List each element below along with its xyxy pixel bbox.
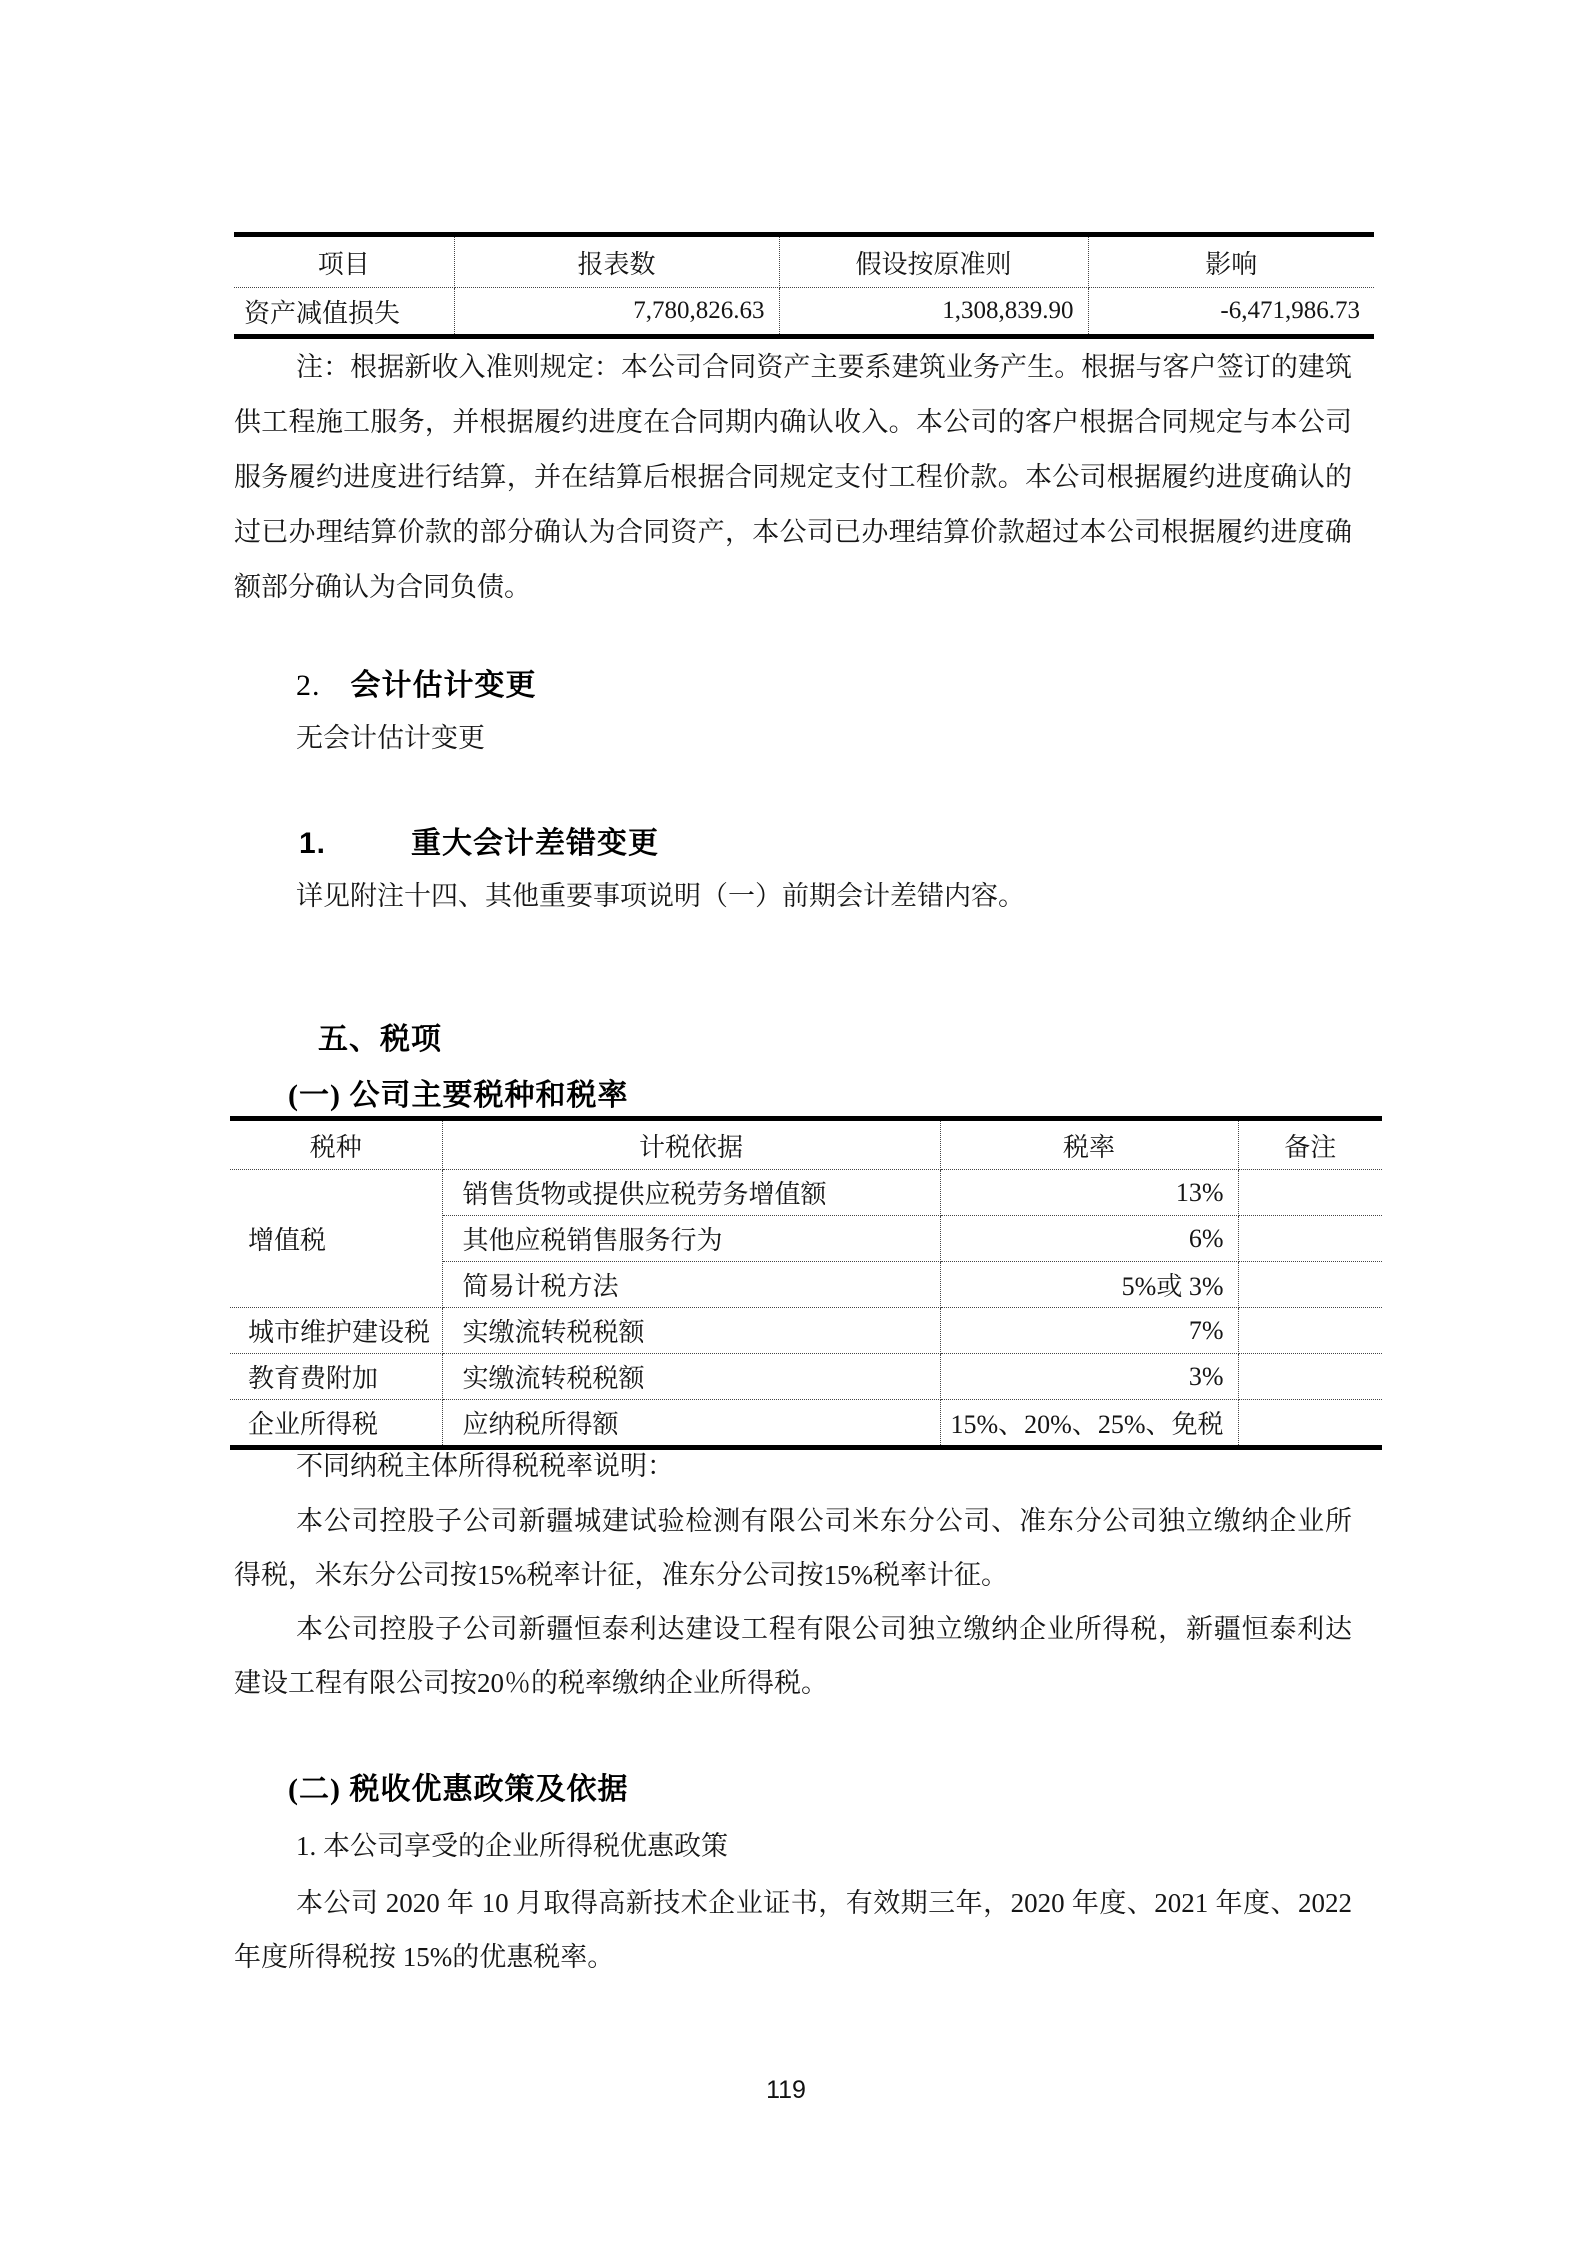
- col-header-impact: 影响: [1088, 235, 1374, 288]
- heading-number: 1.: [299, 827, 326, 860]
- cell-impact-amount: -6,471,986.73: [1088, 288, 1374, 337]
- tax-note-paragraph-hengtai: 本公司控股子公司新疆恒泰利达建设工程有限公司独立缴纳企业所得税，新疆恒泰利达 建…: [234, 1602, 1352, 1710]
- paragraph-line: 注：根据新收入准则规定：本公司合同资产主要系建筑业务产生。根据与客户签订的建筑施…: [234, 340, 1352, 395]
- cell-tax-type: 教育费附加: [230, 1354, 442, 1400]
- cell-tax-rate: 5%或 3%: [940, 1262, 1238, 1308]
- note-paragraph: 注：根据新收入准则规定：本公司合同资产主要系建筑业务产生。根据与客户签订的建筑施…: [234, 340, 1352, 615]
- paragraph-line: 建设工程有限公司按20％的税率缴纳企业所得税。: [234, 1656, 1352, 1710]
- cell-tax-rate: 3%: [940, 1354, 1238, 1400]
- cell-tax-basis: 实缴流转税税额: [442, 1308, 940, 1354]
- page-number: 119: [0, 2076, 1572, 2105]
- paragraph-line: 本公司控股子公司新疆城建试验检测有限公司米东分公司、准东分公司独立缴纳企业所: [234, 1494, 1352, 1548]
- paragraph-line: 年度所得税按 15%的优惠税率。: [234, 1930, 1352, 1984]
- estimate-change-body: 无会计估计变更: [296, 716, 485, 760]
- paragraph-line: 本公司 2020 年 10 月取得高新技术企业证书，有效期三年，2020 年度、…: [234, 1876, 1352, 1930]
- cell-remark: [1238, 1354, 1382, 1400]
- paragraph-line: 供工程施工服务，并根据履约进度在合同期内确认收入。本公司的客户根据合同规定与本公…: [234, 395, 1352, 450]
- cell-original-amount: 1,308,839.90: [779, 288, 1088, 337]
- paragraph-line: 过已办理结算价款的部分确认为合同资产，本公司已办理结算价款超过本公司根据履约进度…: [234, 505, 1352, 560]
- cell-tax-basis: 应纳税所得额: [442, 1400, 940, 1448]
- tax-note-paragraph-midong: 本公司控股子公司新疆城建试验检测有限公司米东分公司、准东分公司独立缴纳企业所 得…: [234, 1494, 1352, 1602]
- table-header-row: 项目 报表数 假设按原准则 影响: [234, 235, 1374, 288]
- cell-tax-basis: 其他应税销售服务行为: [442, 1216, 940, 1262]
- tax-preference-paragraph: 本公司 2020 年 10 月取得高新技术企业证书，有效期三年，2020 年度、…: [234, 1876, 1352, 1984]
- error-change-body: 详见附注十四、其他重要事项说明（一）前期会计差错内容。: [296, 874, 1025, 918]
- table-row: 资产减值损失 7,780,826.63 1,308,839.90 -6,471,…: [234, 288, 1374, 337]
- adjustment-impact-table: 项目 报表数 假设按原准则 影响 资产减值损失 7,780,826.63 1,3…: [234, 232, 1374, 339]
- table-row-vat-1: 增值税 销售货物或提供应税劳务增值额 13%: [230, 1170, 1382, 1216]
- col-header-tax-rate: 税率: [940, 1119, 1238, 1170]
- heading-error-change: 1.重大会计差错变更: [299, 822, 659, 866]
- cell-tax-rate: 6%: [940, 1216, 1238, 1262]
- cell-report-amount: 7,780,826.63: [454, 288, 779, 337]
- table-row-city-tax: 城市维护建设税 实缴流转税税额 7%: [230, 1308, 1382, 1354]
- heading-number: 2.: [296, 669, 321, 702]
- table-row-education-surcharge: 教育费附加 实缴流转税税额 3%: [230, 1354, 1382, 1400]
- cell-remark: [1238, 1308, 1382, 1354]
- cell-remark: [1238, 1216, 1382, 1262]
- paragraph-line: 服务履约进度进行结算，并在结算后根据合同规定支付工程价款。本公司根据履约进度确认…: [234, 450, 1352, 505]
- heading-title: 重大会计差错变更: [411, 827, 659, 860]
- cell-tax-type: 企业所得税: [230, 1400, 442, 1448]
- tax-note-intro: 不同纳税主体所得税税率说明：: [296, 1444, 674, 1488]
- document-page: 项目 报表数 假设按原准则 影响 资产减值损失 7,780,826.63 1,3…: [0, 0, 1588, 2245]
- cell-tax-basis: 销售货物或提供应税劳务增值额: [442, 1170, 940, 1216]
- col-header-item: 项目: [234, 235, 454, 288]
- cell-tax-basis: 简易计税方法: [442, 1262, 940, 1308]
- heading-title: 会计估计变更: [351, 669, 537, 702]
- col-header-tax-basis: 计税依据: [442, 1119, 940, 1170]
- cell-item: 资产减值损失: [234, 288, 454, 337]
- paragraph-line: 本公司控股子公司新疆恒泰利达建设工程有限公司独立缴纳企业所得税，新疆恒泰利达: [234, 1602, 1352, 1656]
- cell-tax-type-vat: 增值税: [230, 1170, 442, 1308]
- col-header-report: 报表数: [454, 235, 779, 288]
- heading-tax-rates: (一) 公司主要税种和税率: [288, 1080, 628, 1112]
- cell-tax-rate: 7%: [940, 1308, 1238, 1354]
- paragraph-line: 得税，米东分公司按15%税率计征，准东分公司按15%税率计征。: [234, 1548, 1352, 1602]
- cell-remark: [1238, 1262, 1382, 1308]
- cell-tax-rate: 15%、20%、25%、免税: [940, 1400, 1238, 1448]
- paragraph-line: 额部分确认为合同负债。: [234, 560, 1352, 615]
- table-header-row: 税种 计税依据 税率 备注: [230, 1119, 1382, 1170]
- heading-tax-section: 五、税项: [318, 1018, 442, 1062]
- cell-tax-type: 城市维护建设税: [230, 1308, 442, 1354]
- tax-preference-subtitle: 1. 本公司享受的企业所得税优惠政策: [296, 1824, 728, 1868]
- heading-tax-preference: (二) 税收优惠政策及依据: [288, 1768, 628, 1812]
- cell-remark: [1238, 1170, 1382, 1216]
- cell-tax-basis: 实缴流转税税额: [442, 1354, 940, 1400]
- col-header-original: 假设按原准则: [779, 235, 1088, 288]
- col-header-remark: 备注: [1238, 1119, 1382, 1170]
- tax-rate-table: 税种 计税依据 税率 备注 增值税 销售货物或提供应税劳务增值额 13% 其他应…: [230, 1116, 1382, 1450]
- col-header-tax-type: 税种: [230, 1119, 442, 1170]
- table-row-income-tax: 企业所得税 应纳税所得额 15%、20%、25%、免税: [230, 1400, 1382, 1448]
- cell-remark: [1238, 1400, 1382, 1448]
- cell-tax-rate: 13%: [940, 1170, 1238, 1216]
- heading-estimate-change: 2.会计估计变更: [296, 664, 537, 708]
